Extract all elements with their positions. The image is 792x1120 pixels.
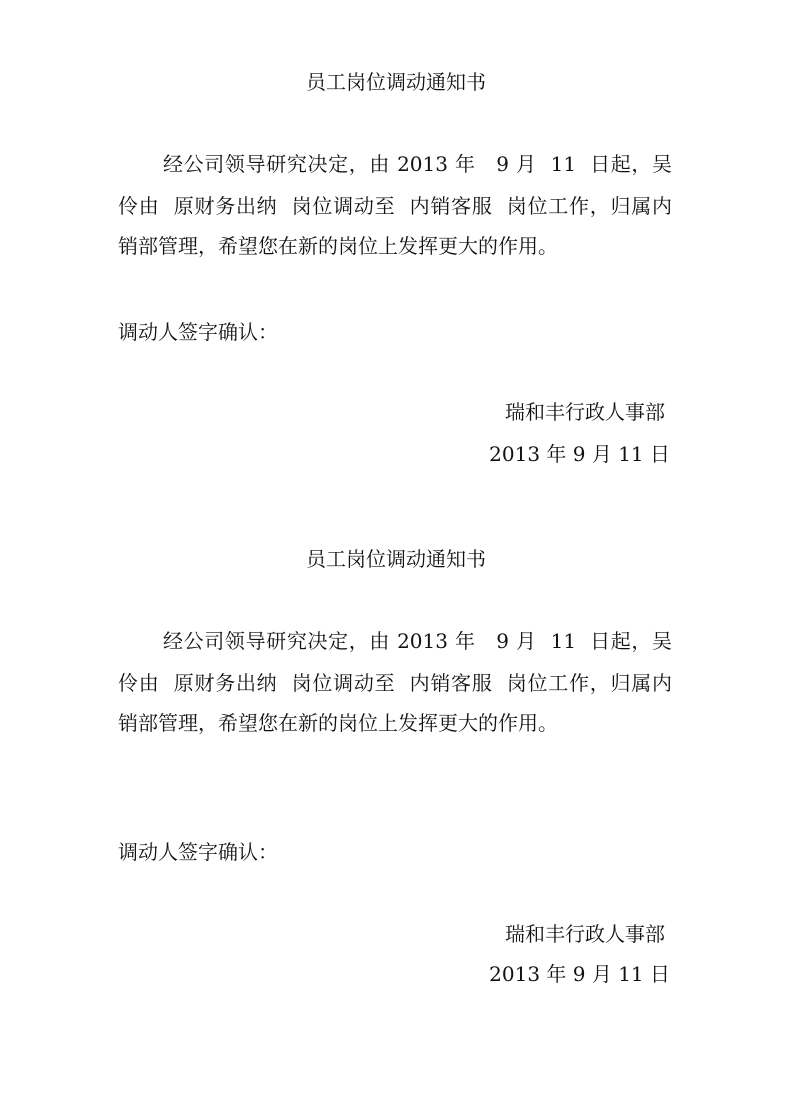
department-name: 瑞和丰行政人事部 xyxy=(400,400,665,424)
issue-date: 2013 年 9 月 11 日 xyxy=(400,962,670,986)
signature-label: 调动人签字确认： xyxy=(118,320,278,344)
issue-date: 2013 年 9 月 11 日 xyxy=(400,442,670,466)
body-line-3: 销部管理，希望您在新的岗位上发挥更大的作用。 xyxy=(118,234,558,258)
notice-title: 员工岗位调动通知书 xyxy=(0,547,792,571)
notice-title: 员工岗位调动通知书 xyxy=(0,70,792,94)
body-line-1: 经公司领导研究决定，由 2013 年 9 月 11 日起，吴 xyxy=(163,152,672,176)
body-line-2: 伶由 原财务出纳 岗位调动至 内销客服 岗位工作，归属内 xyxy=(118,194,672,218)
signature-label: 调动人签字确认： xyxy=(118,840,278,864)
department-name: 瑞和丰行政人事部 xyxy=(400,922,665,946)
body-line-3: 销部管理，希望您在新的岗位上发挥更大的作用。 xyxy=(118,711,558,735)
body-line-2: 伶由 原财务出纳 岗位调动至 内销客服 岗位工作，归属内 xyxy=(118,671,672,695)
body-line-1: 经公司领导研究决定，由 2013 年 9 月 11 日起，吴 xyxy=(163,629,672,653)
